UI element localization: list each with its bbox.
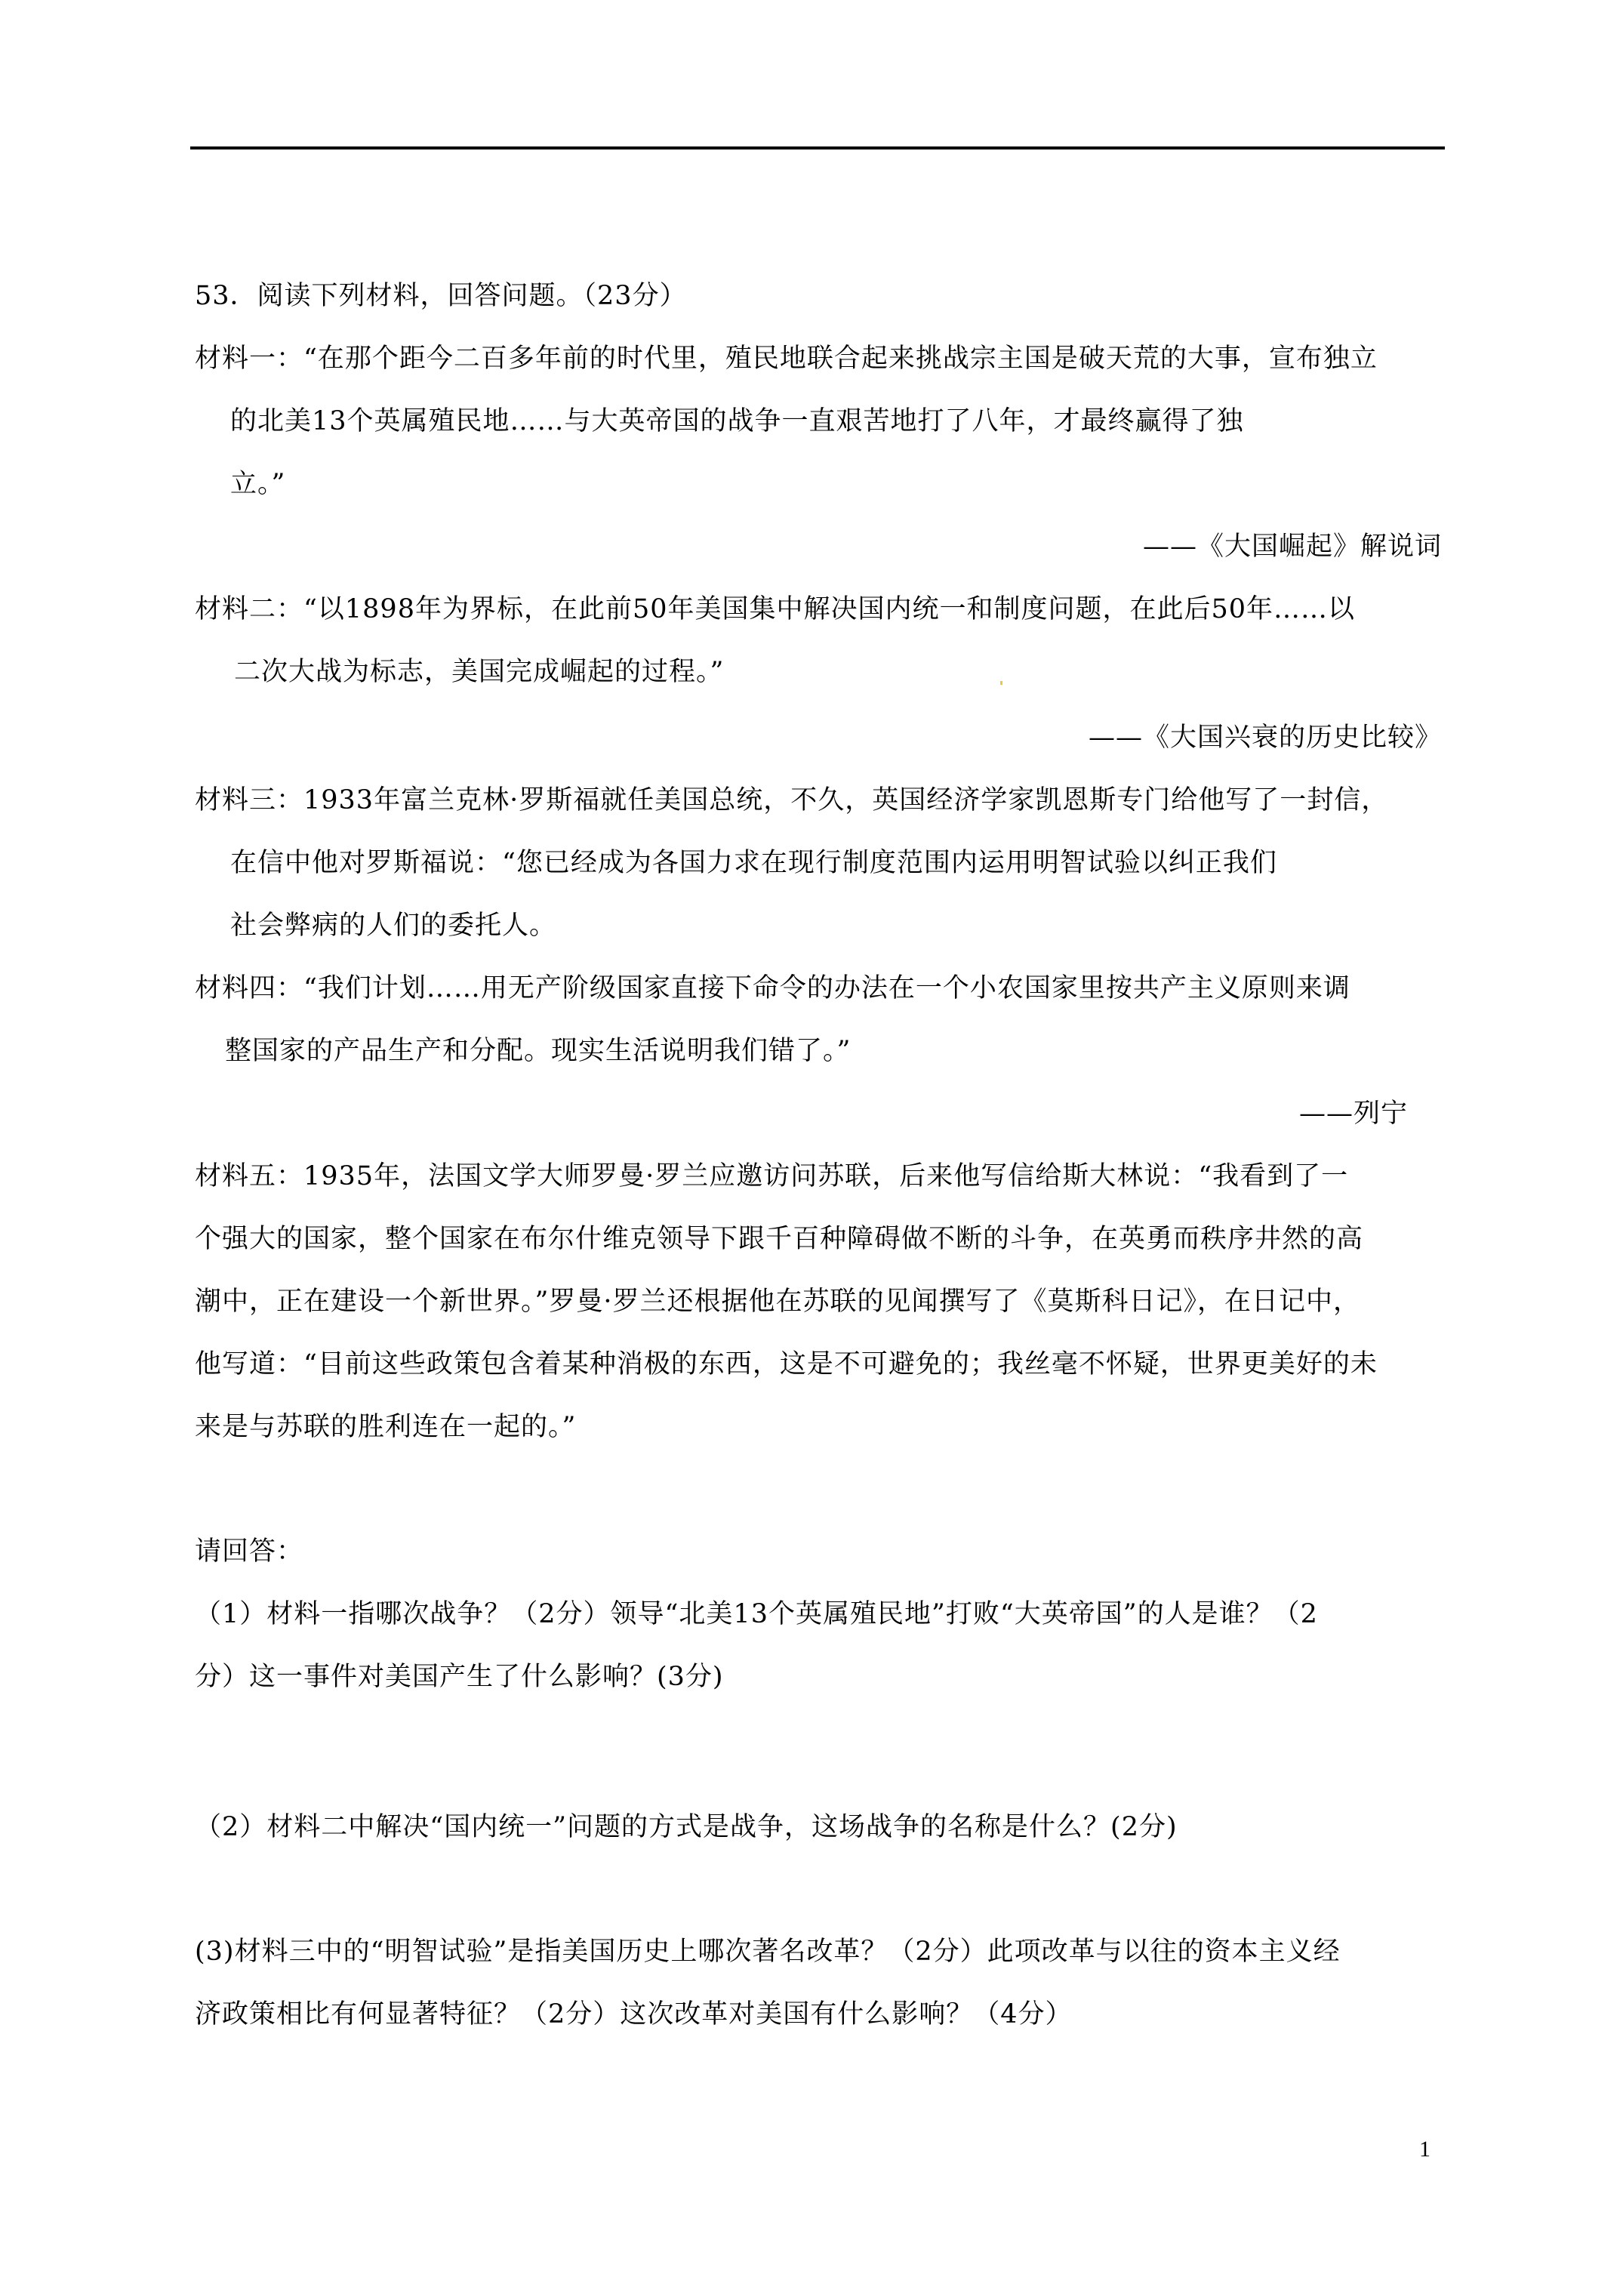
material-2-line-2: 二次大战为标志，美国完成崛起的过程。” [234, 657, 724, 687]
sub-question-1-line-1: （1）材料一指哪次战争？（2分）领导“北美13个英属殖民地”打败“大英帝国”的人… [195, 1599, 1318, 1629]
material-3-line-3: 社会弊病的人们的委托人。 [230, 911, 556, 941]
material-1-line-2: 的北美13个英属殖民地……与大英帝国的战争一直艰苦地打了八年，才最终赢得了独 [230, 406, 1244, 436]
material-4-line-2: 整国家的产品生产和分配。现实生活说明我们错了。” [225, 1036, 851, 1066]
material-3-line-2: 在信中他对罗斯福说：“您已经成为各国力求在现行制度范围内运用明智试验以纠正我们 [230, 848, 1277, 878]
material-5-line-3: 潮中，正在建设一个新世界。”罗曼·罗兰还根据他在苏联的见闻撰写了《莫斯科日记》，… [195, 1287, 1360, 1317]
material-3-line-1: 材料三：1933年富兰克林·罗斯福就任美国总统，不久，英国经济学家凯恩斯专门给他… [195, 785, 1388, 815]
material-5-line-1: 材料五：1935年，法国文学大师罗曼·罗兰应邀访问苏联，后来他写信给斯大林说：“… [195, 1161, 1348, 1191]
material-5-line-2: 个强大的国家，整个国家在布尔什维克领导下跟千百种障碍做不断的斗争，在英勇而秩序井… [195, 1224, 1363, 1254]
material-5-line-5: 来是与苏联的胜利连在一起的。” [195, 1412, 576, 1442]
material-1-line-3: 立。” [230, 469, 285, 499]
sub-question-3-line-2: 济政策相比有何显著特征？（2分）这次改革对美国有什么影响？（4分） [195, 1999, 1073, 2029]
header-rule [190, 146, 1445, 149]
stray-mark [1000, 681, 1002, 685]
material-1-source: ——《大国崛起》解说词 [1143, 532, 1442, 562]
sub-question-3-line-1: (3)材料三中的“明智试验”是指美国历史上哪次著名改革？（2分）此项改革与以往的… [195, 1937, 1341, 1967]
material-4-line-1: 材料四：“我们计划……用无产阶级国家直接下命令的办法在一个小农国家里按共产主义原… [195, 973, 1350, 1003]
material-1-line-1: 材料一：“在那个距今二百多年前的时代里，殖民地联合起来挑战宗主国是破天荒的大事，… [195, 344, 1378, 374]
material-5-line-4: 他写道：“目前这些政策包含着某种消极的东西，这是不可避免的；我丝毫不怀疑，世界更… [195, 1349, 1378, 1379]
material-2-source: ——《大国兴衰的历史比较》 [1089, 723, 1442, 753]
sub-question-1-line-2: 分）这一事件对美国产生了什么影响？(3分) [195, 1662, 724, 1692]
material-4-source: ——列宁 [1299, 1099, 1408, 1129]
answer-prompt: 请回答： [195, 1536, 303, 1567]
sub-question-2-line-1: （2）材料二中解决“国内统一”问题的方式是战争，这场战争的名称是什么？(2分) [195, 1812, 1178, 1842]
question-heading: 53．阅读下列材料，回答问题。（23分） [195, 281, 687, 311]
page-number: 1 [1419, 2137, 1431, 2162]
material-2-line-1: 材料二：“以1898年为界标，在此前50年美国集中解决国内统一和制度问题，在此后… [195, 594, 1355, 624]
